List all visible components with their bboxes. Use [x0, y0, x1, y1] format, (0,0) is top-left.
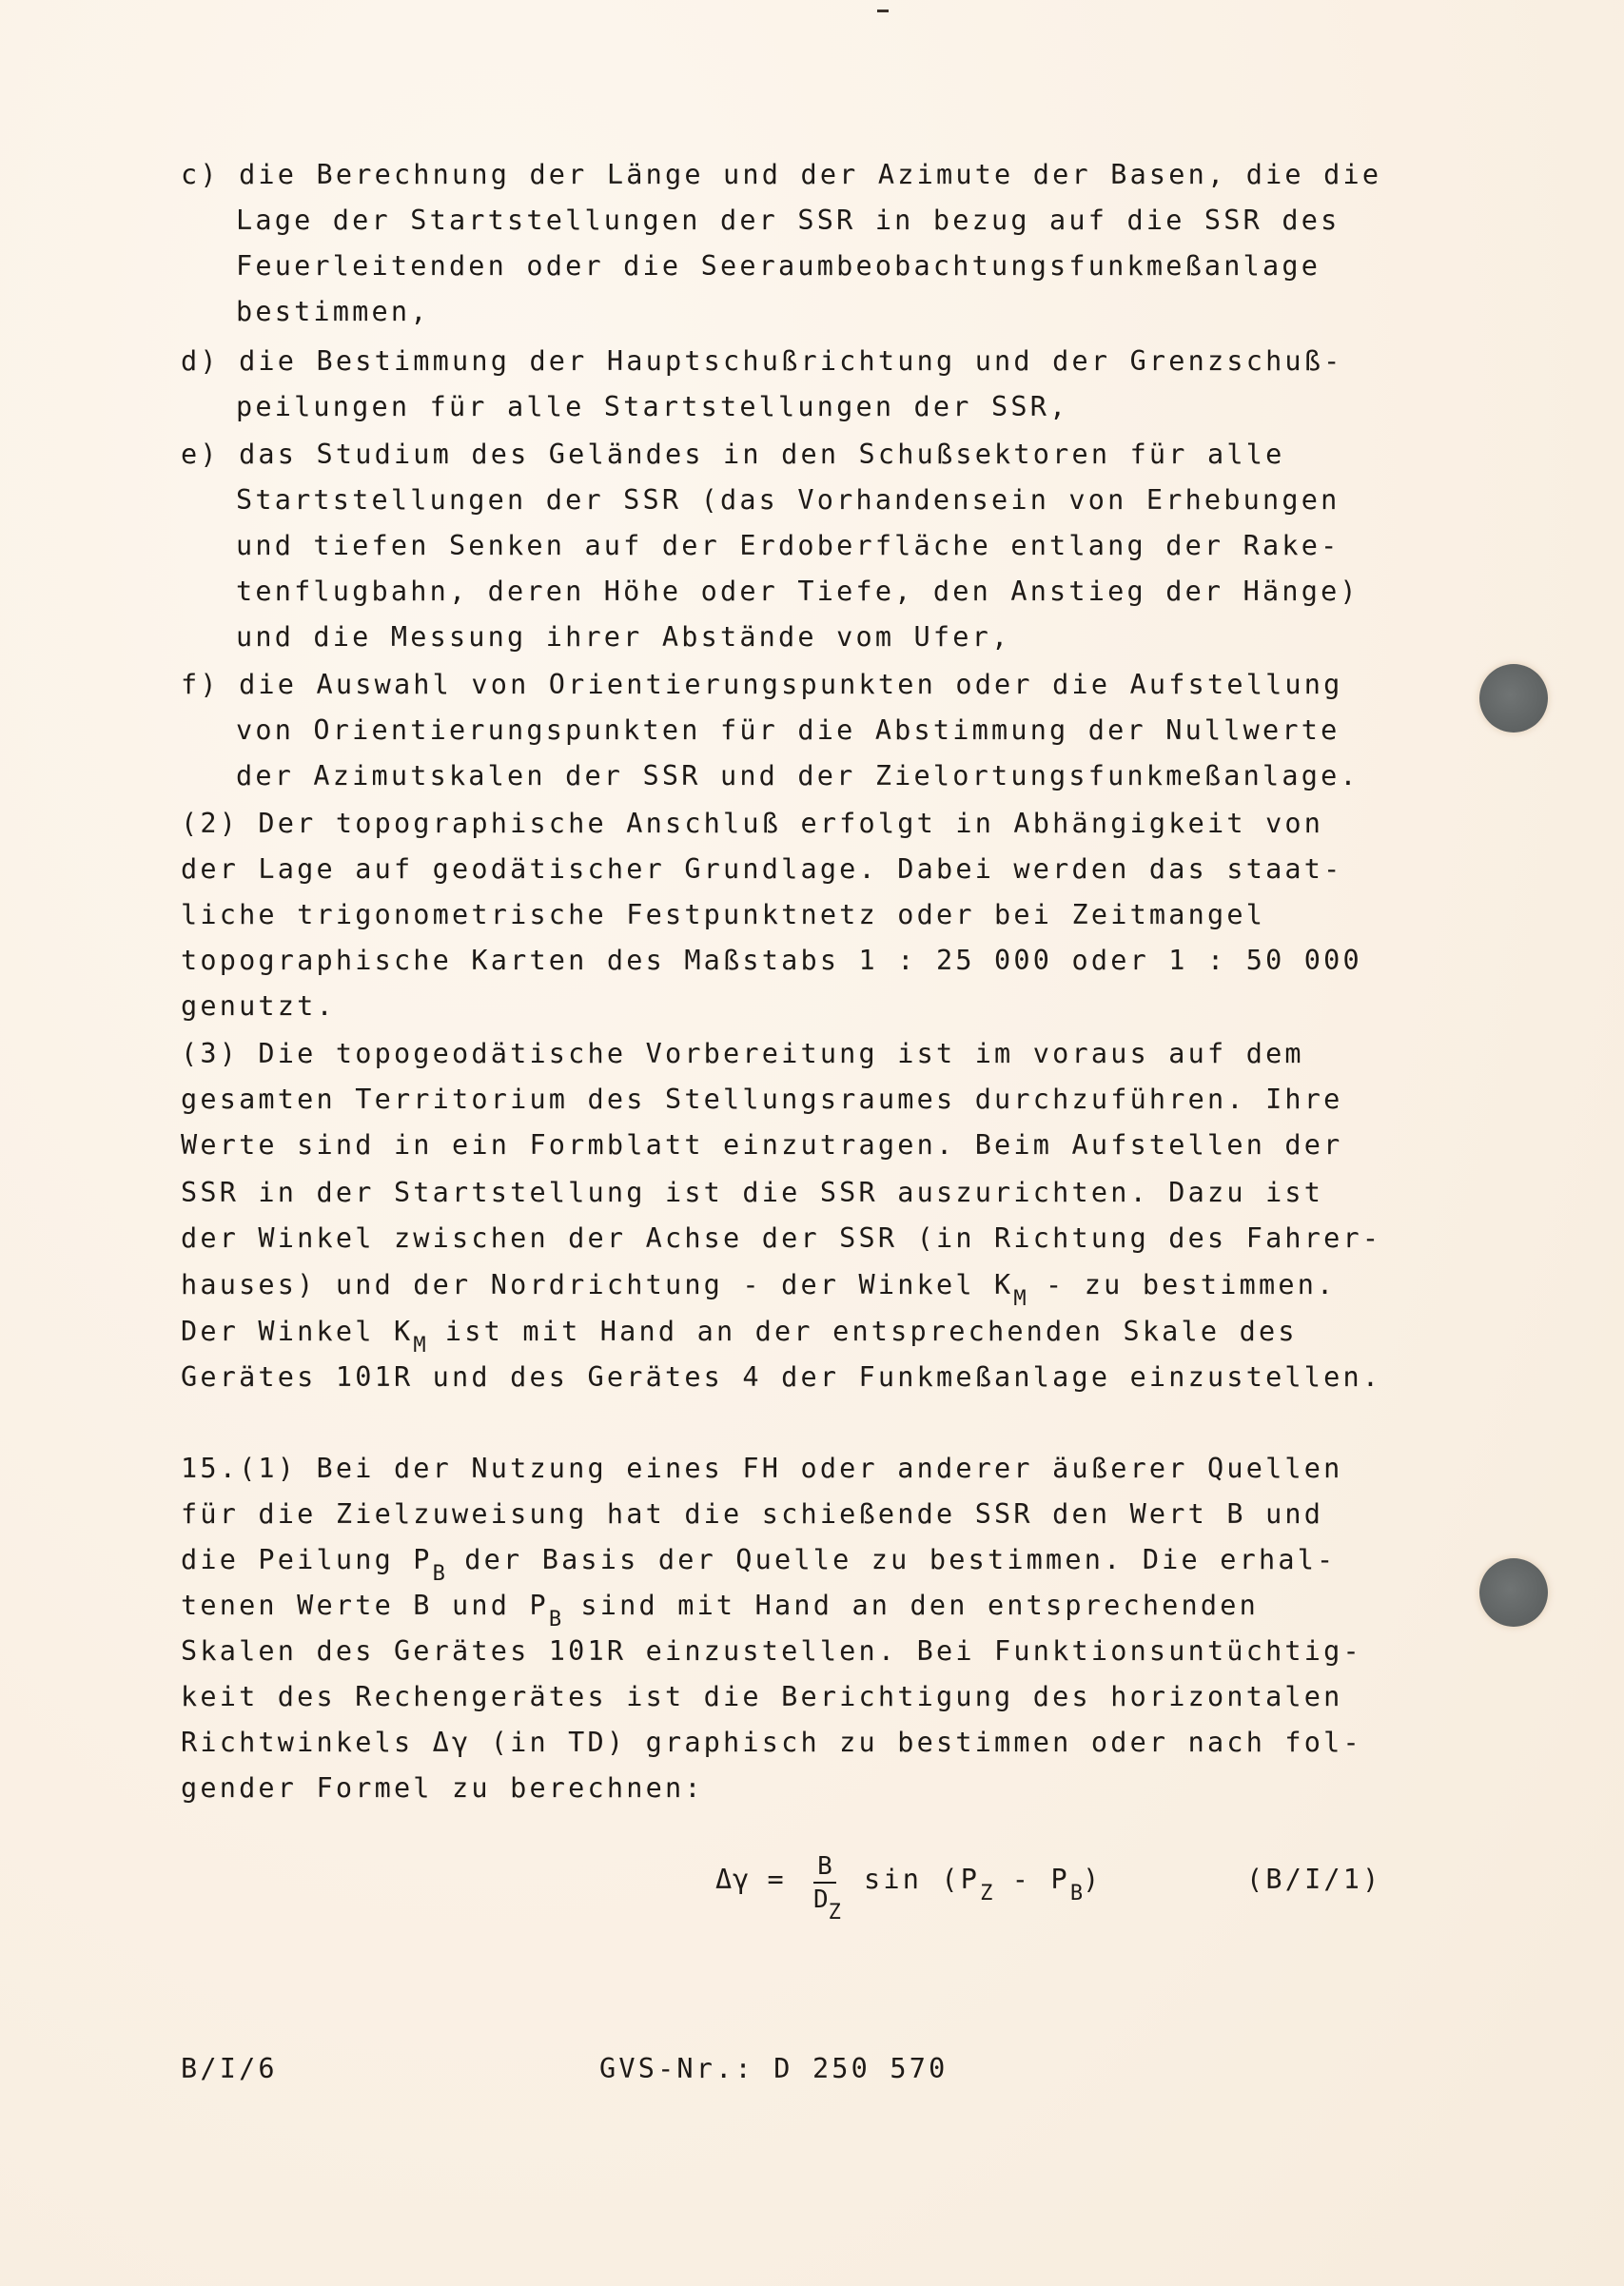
text-line: SSR in der Startstellung ist die SSR aus… — [181, 1176, 1323, 1210]
text-line: c) die Berechnung der Länge und der Azim… — [181, 158, 1381, 192]
fraction-bar — [813, 1882, 836, 1884]
fraction-denominator: DZ — [813, 1885, 836, 1916]
text-line: Werte sind in ein Formblatt einzutragen.… — [181, 1128, 1343, 1163]
text-line: topographische Karten des Maßstabs 1 : 2… — [181, 944, 1362, 978]
text-line: tenflugbahn, deren Höhe oder Tiefe, den … — [236, 575, 1360, 609]
text-line: keit des Rechengerätes ist die Berichtig… — [181, 1680, 1343, 1714]
text-line: gender Formel zu berechnen: — [181, 1771, 704, 1806]
text-line: der Azimutskalen der SSR und der Zielort… — [236, 759, 1360, 793]
text-line: und tiefen Senken auf der Erdoberfläche … — [236, 529, 1340, 563]
text-line: der Winkel zwischen der Achse der SSR (i… — [181, 1221, 1381, 1256]
text-line: Lage der Startstellungen der SSR in bezu… — [236, 204, 1340, 238]
top-mark — [877, 10, 889, 12]
document-page: c) die Berechnung der Länge und der Azim… — [0, 0, 1624, 2286]
text-line: der Lage auf geodätischer Grundlage. Dab… — [181, 852, 1343, 887]
fraction-numerator: B — [813, 1853, 836, 1880]
text-line: hauses) und der Nordrichtung - der Winke… — [181, 1268, 1336, 1305]
text-line: Feuerleitenden oder die Seeraumbeobachtu… — [236, 249, 1321, 283]
footer-page-ref: B/I/6 — [181, 2053, 278, 2084]
formula-rhs: sin (PZ - PB) — [864, 1863, 1102, 1900]
text-line: für die Zielzuweisung hat die schießende… — [181, 1497, 1323, 1532]
text-line: liche trigonometrische Festpunktnetz ode… — [181, 898, 1265, 932]
text-line: die Peilung PB der Basis der Quelle zu b… — [181, 1543, 1336, 1580]
text-line: bestimmen, — [236, 295, 430, 329]
text-line: d) die Bestimmung der Hauptschußrichtung… — [181, 344, 1343, 379]
text-line: Der Winkel KM ist mit Hand an der entspr… — [181, 1315, 1298, 1352]
text-line: e) das Studium des Geländes in den Schuß… — [181, 438, 1284, 472]
text-line: Gerätes 101R und des Gerätes 4 der Funkm… — [181, 1360, 1381, 1395]
text-line: gesamten Territorium des Stellungsraumes… — [181, 1083, 1343, 1117]
text-line: (3) Die topogeodätische Vorbereitung ist… — [181, 1037, 1304, 1071]
punch-hole-top — [1479, 664, 1548, 733]
text-line: Startstellungen der SSR (das Vorhandense… — [236, 483, 1340, 518]
text-line: von Orientierungspunkten für die Abstimm… — [236, 713, 1340, 748]
footer-doc-number: GVS-Nr.: D 250 570 — [599, 2053, 948, 2084]
formula-lhs: Δγ = — [715, 1863, 785, 1897]
punch-hole-bottom — [1479, 1558, 1548, 1627]
text-line: und die Messung ihrer Abstände vom Ufer, — [236, 620, 1010, 655]
text-line: tenen Werte B und PB sind mit Hand an de… — [181, 1589, 1259, 1626]
formula-fraction: B DZ — [813, 1853, 836, 1916]
formula-label: (B/I/1) — [1246, 1863, 1382, 1897]
text-line: genutzt. — [181, 989, 336, 1024]
text-line: (2) Der topographische Anschluß erfolgt … — [181, 807, 1323, 841]
text-line: f) die Auswahl von Orientierungspunkten … — [181, 668, 1343, 702]
text-line: Skalen des Gerätes 101R einzustellen. Be… — [181, 1634, 1362, 1669]
text-line: peilungen für alle Startstellungen der S… — [236, 390, 1068, 424]
section-15-line: 15.(1) Bei der Nutzung eines FH oder and… — [181, 1452, 1343, 1486]
text-line: Richtwinkels Δγ (in TD) graphisch zu bes… — [181, 1726, 1362, 1760]
